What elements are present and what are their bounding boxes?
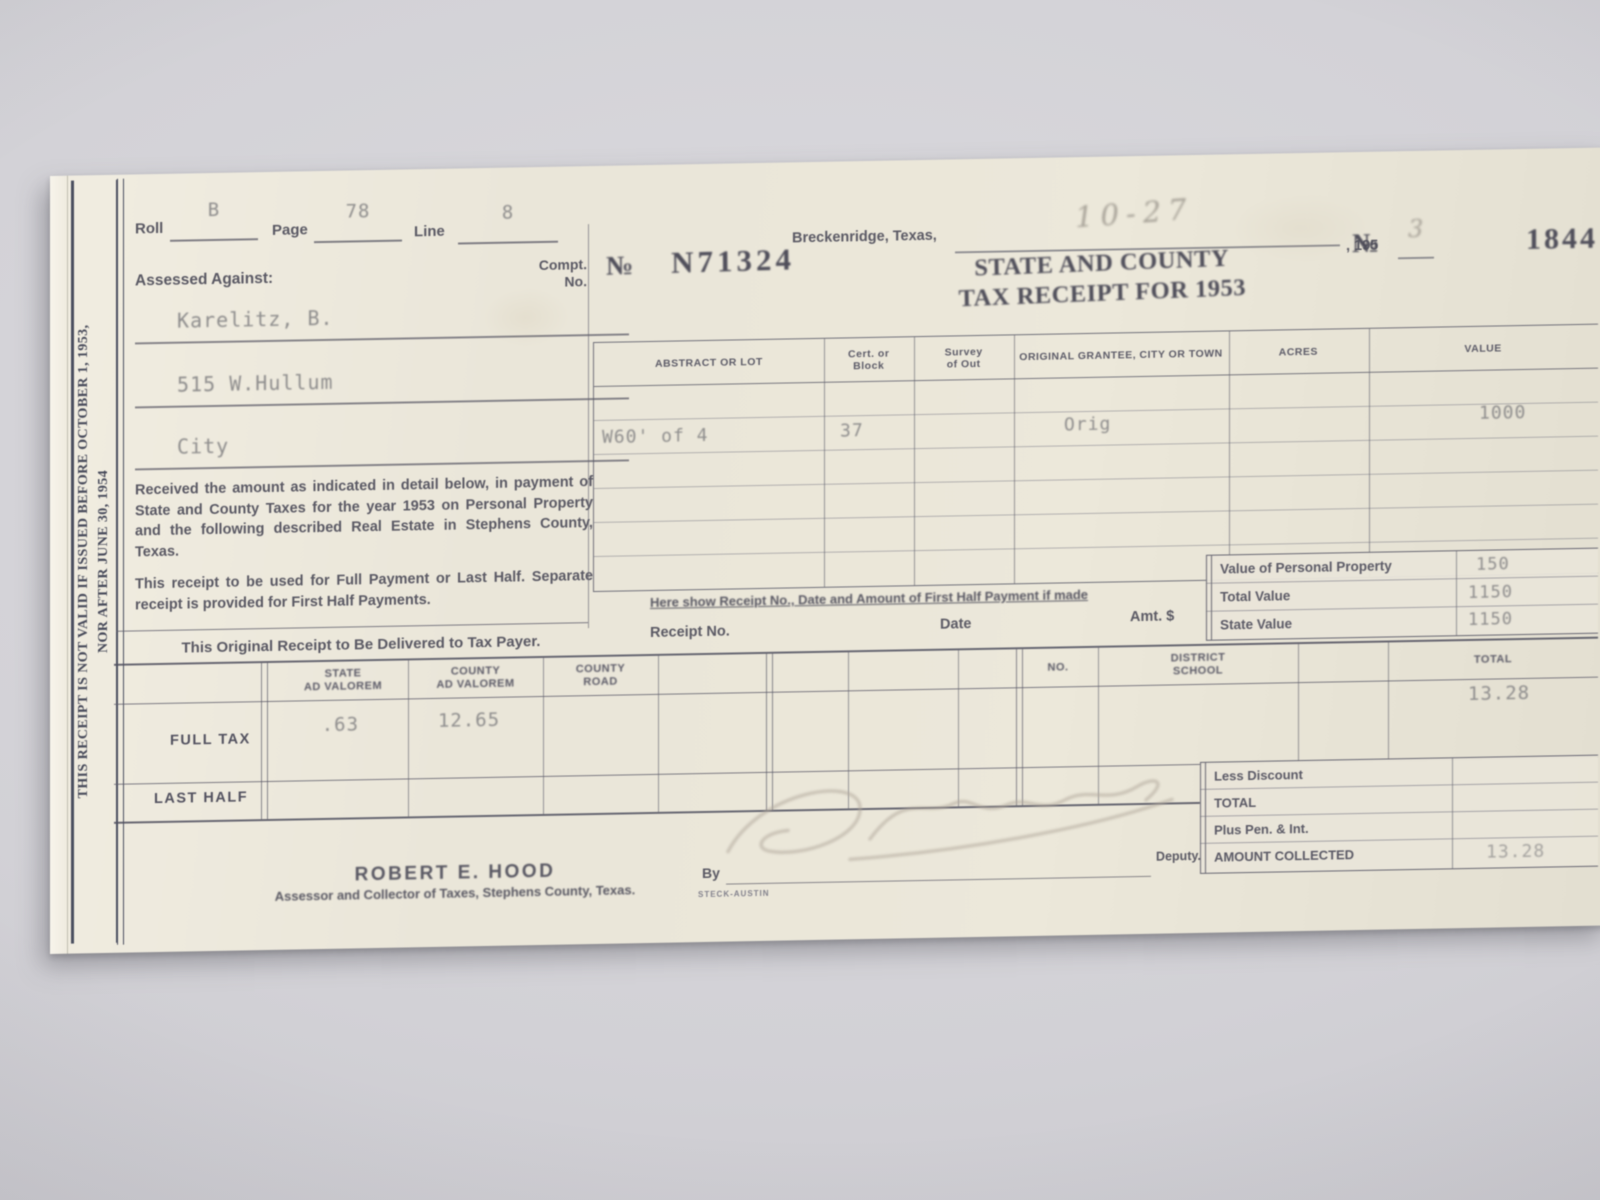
column-rule	[658, 656, 659, 812]
personal-property-value: 150	[1476, 550, 1510, 579]
column-rule	[824, 339, 825, 587]
column-rule	[1229, 331, 1230, 579]
assessed-address: 515 W.Hullum	[177, 370, 334, 397]
deliver-note: This Original Receipt to Be Delivered to…	[135, 632, 587, 657]
roll-label: Roll	[135, 220, 163, 238]
compt-no-label: Compt. No.	[495, 256, 587, 292]
full-tax-label: FULL TAX	[170, 731, 251, 748]
less-discount-label: Less Discount	[1214, 767, 1303, 784]
compt-label-line2: No.	[495, 273, 587, 292]
roll-field: B	[170, 198, 258, 242]
dateline-date-handwritten: 10-27	[1074, 192, 1194, 234]
line-label: Line	[414, 223, 445, 241]
tax-receipt-paper: THIS RECEIPT IS NOT VALID IF ISSUED BEFO…	[50, 147, 1600, 954]
header-total: TOTAL	[1388, 652, 1598, 669]
validity-note-line1: THIS RECEIPT IS NOT VALID IF ISSUED BEFO…	[74, 180, 94, 943]
full-tax-county-value: 12.65	[424, 708, 514, 732]
amount-collected-value: 13.28	[1486, 838, 1545, 866]
page-value: 78	[346, 200, 371, 222]
header-abstract-or-lot: ABSTRACT OR LOT	[594, 339, 824, 386]
header-survey: Surveyof Out	[914, 335, 1014, 380]
state-value-row: State Value 1150	[1206, 605, 1598, 639]
header-no: NO.	[1018, 661, 1098, 675]
full-tax-total-value: 13.28	[1449, 682, 1549, 706]
entry-value: 1000	[1479, 402, 1526, 424]
serial-number: N71324	[671, 241, 795, 280]
entry-grantee: Orig	[1064, 414, 1111, 436]
validity-note-line2: NOR AFTER JUNE 30, 1954	[94, 180, 114, 943]
header-acres: ACRES	[1228, 329, 1368, 375]
column-rule	[914, 337, 915, 585]
first-half-receipt-no-label: Receipt No.	[650, 624, 730, 641]
column-rule	[1014, 335, 1015, 583]
line-field: 8	[458, 201, 558, 245]
state-value-value: 1150	[1468, 606, 1513, 634]
assessed-address-field: 515 W.Hullum	[135, 357, 629, 408]
dateline-place: Breckenridge, Texas,	[792, 228, 937, 247]
entry-abstract: W60' of 4	[602, 425, 709, 448]
total-value-label: Total Value	[1220, 588, 1290, 604]
receipt-title: STATE AND COUNTY TAX RECEIPT FOR 1953	[921, 242, 1282, 316]
line-value: 8	[502, 201, 514, 223]
assessed-against-label: Assessed Against:	[135, 270, 273, 291]
first-half-amount-label: Amt. $	[1130, 608, 1174, 625]
header-cert-or-block: Cert. orBlock	[824, 337, 914, 382]
usage-paragraph: This receipt to be used for Full Payment…	[135, 566, 593, 616]
collection-total-label: TOTAL	[1214, 795, 1256, 811]
printer-mark: STECK-AUSTIN	[698, 889, 770, 899]
assessed-city: City	[177, 434, 229, 459]
page-label: Page	[272, 221, 308, 239]
inner-double-rule	[117, 179, 124, 945]
amount-collected-label: AMOUNT COLLECTED	[1214, 847, 1354, 865]
assessed-city-field: City	[135, 419, 629, 470]
state-value-label: State Value	[1220, 616, 1292, 632]
first-half-date-label: Date	[940, 616, 971, 633]
photograph-background: THIS RECEIPT IS NOT VALID IF ISSUED BEFO…	[0, 0, 1600, 1200]
header-original-grantee: ORIGINAL GRANTEE, CITY OR TOWN	[1014, 331, 1229, 378]
receipt-number: 1844	[1526, 222, 1598, 257]
header-county-road: COUNTYROAD	[543, 662, 658, 690]
personal-property-label: Value of Personal Property	[1220, 558, 1392, 576]
column-rule	[1298, 644, 1299, 762]
roll-value: B	[208, 199, 220, 221]
last-half-label: LAST HALF	[154, 789, 248, 807]
validity-note-strip: THIS RECEIPT IS NOT VALID IF ISSUED BEFO…	[71, 180, 118, 944]
column-separator-rule	[588, 224, 589, 628]
total-value-value: 1150	[1468, 578, 1513, 607]
compt-label-line1: Compt.	[495, 256, 587, 275]
header-state-ad-valorem: STATEAD VALOREM	[263, 666, 423, 695]
assessed-name: Karelitz, B.	[177, 306, 334, 333]
value-summary-box: Value of Personal Property 150 Total Val…	[1206, 548, 1598, 641]
entry-block: 37	[840, 420, 864, 441]
full-tax-state-value: .63	[299, 713, 359, 736]
deputy-signature	[710, 755, 1180, 879]
header-value: VALUE	[1368, 325, 1598, 372]
plus-pen-label: Plus Pen. & Int.	[1214, 821, 1309, 838]
collection-box: Less Discount TOTAL Plus Pen. & Int. AMO…	[1200, 755, 1598, 874]
numero-sign: №	[606, 250, 633, 281]
numero-sign: №	[1352, 228, 1379, 259]
receipt-number-stamp: № 1844	[1352, 222, 1598, 261]
page-field: 78	[314, 200, 402, 244]
column-rule	[1369, 329, 1370, 577]
left-column-divider	[116, 622, 588, 632]
header-county-ad-valorem: COUNTYAD VALOREM	[408, 664, 543, 692]
assessed-name-field: Karelitz, B.	[135, 293, 629, 344]
header-district-school: DISTRICTSCHOOL	[1098, 650, 1298, 680]
serial-number-stamp: № N71324	[606, 241, 795, 282]
received-paragraph: Received the amount as indicated in deta…	[135, 472, 593, 563]
